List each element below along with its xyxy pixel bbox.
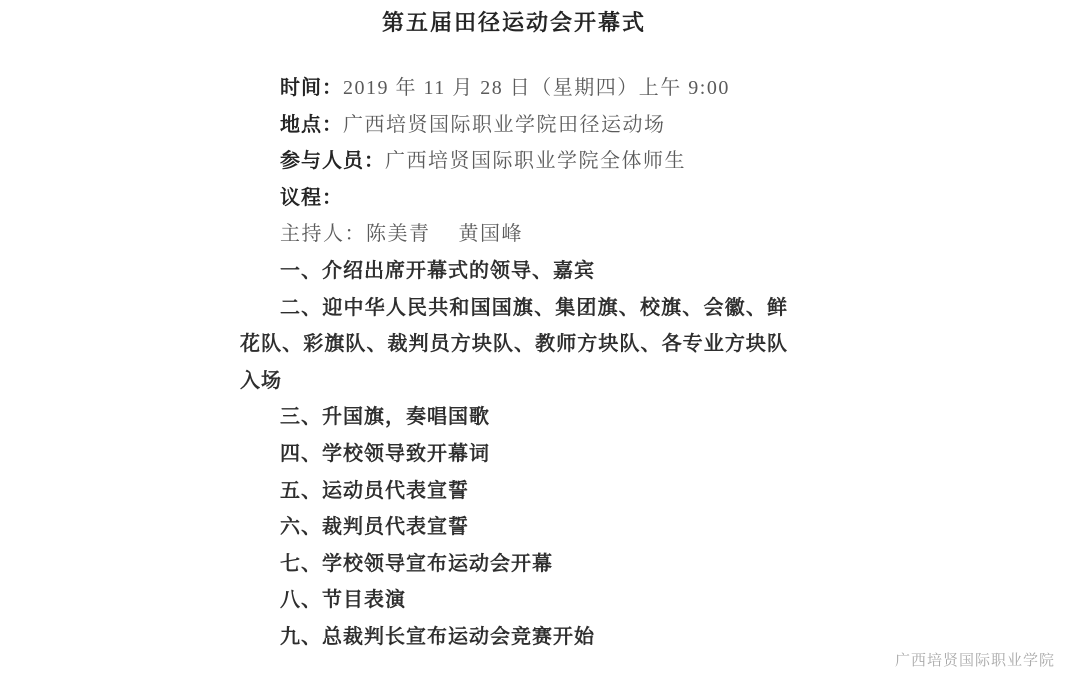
- info-value-time: 2019 年 11 月 28 日（星期四）上午 9:00: [343, 77, 730, 99]
- agenda-item-8: 八、节目表演: [240, 582, 788, 619]
- agenda-item-1: 一、介绍出席开幕式的领导、嘉宾: [240, 253, 788, 290]
- info-label-time: 时间：: [280, 77, 343, 99]
- info-line-time: 时间：2019 年 11 月 28 日（星期四）上午 9:00: [240, 70, 788, 107]
- agenda-item-3: 三、升国旗，奏唱国歌: [240, 399, 788, 436]
- document-body: 第五届田径运动会开幕式 时间：2019 年 11 月 28 日（星期四）上午 9…: [240, 8, 788, 656]
- agenda-item-4: 四、学校领导致开幕词: [240, 436, 788, 473]
- info-label-location: 地点：: [280, 114, 343, 136]
- info-value-hosts: 主持人：陈美青 黄国峰: [280, 223, 523, 245]
- watermark: 广西培贤国际职业学院: [895, 649, 1055, 670]
- info-value-location: 广西培贤国际职业学院田径运动场: [343, 114, 666, 136]
- info-line-location: 地点：广西培贤国际职业学院田径运动场: [240, 107, 788, 144]
- agenda-item-7: 七、学校领导宣布运动会开幕: [240, 546, 788, 583]
- info-line-participants: 参与人员：广西培贤国际职业学院全体师生: [240, 143, 788, 180]
- page-title: 第五届田径运动会开幕式: [240, 8, 788, 38]
- info-label-participants: 参与人员：: [280, 150, 385, 172]
- info-label-agenda-heading: 议程：: [280, 187, 343, 209]
- agenda-item-9: 九、总裁判长宣布运动会竞赛开始: [240, 619, 788, 656]
- info-line-agenda-heading: 议程：: [240, 180, 788, 217]
- agenda-item-5: 五、运动员代表宣誓: [240, 473, 788, 510]
- agenda-item-2: 二、迎中华人民共和国国旗、集团旗、校旗、会徽、鲜花队、彩旗队、裁判员方块队、教师…: [240, 290, 788, 400]
- info-line-hosts: 主持人：陈美青 黄国峰: [240, 216, 788, 253]
- agenda-item-6: 六、裁判员代表宣誓: [240, 509, 788, 546]
- document-page: 第五届田径运动会开幕式 时间：2019 年 11 月 28 日（星期四）上午 9…: [0, 0, 1066, 681]
- info-value-participants: 广西培贤国际职业学院全体师生: [385, 150, 686, 172]
